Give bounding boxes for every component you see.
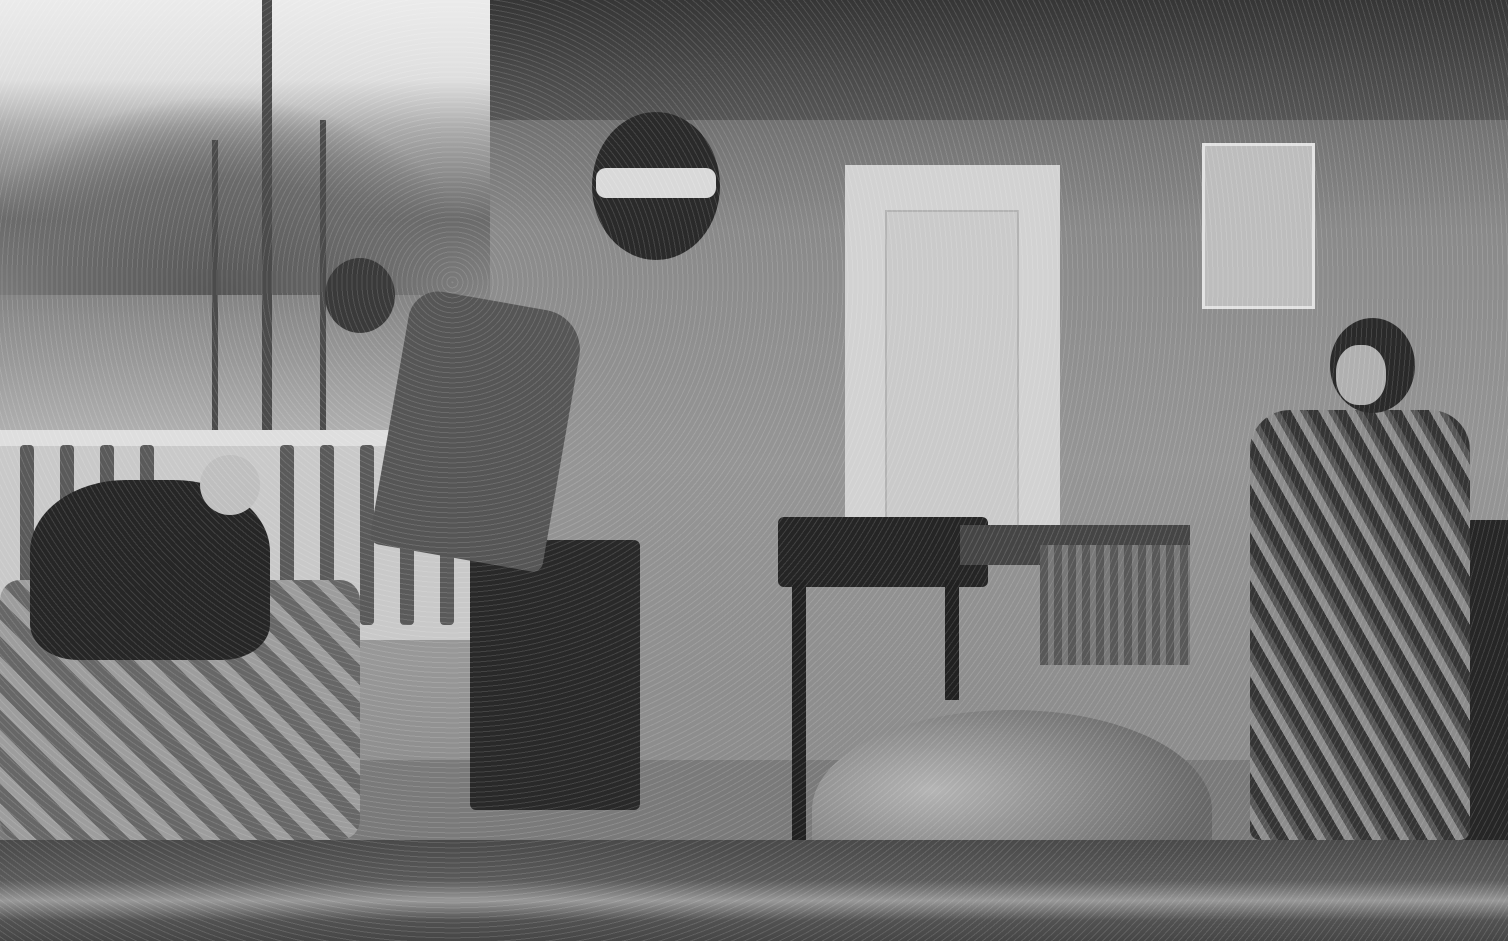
stage-photograph [0,0,1508,941]
film-grain [0,0,1508,941]
